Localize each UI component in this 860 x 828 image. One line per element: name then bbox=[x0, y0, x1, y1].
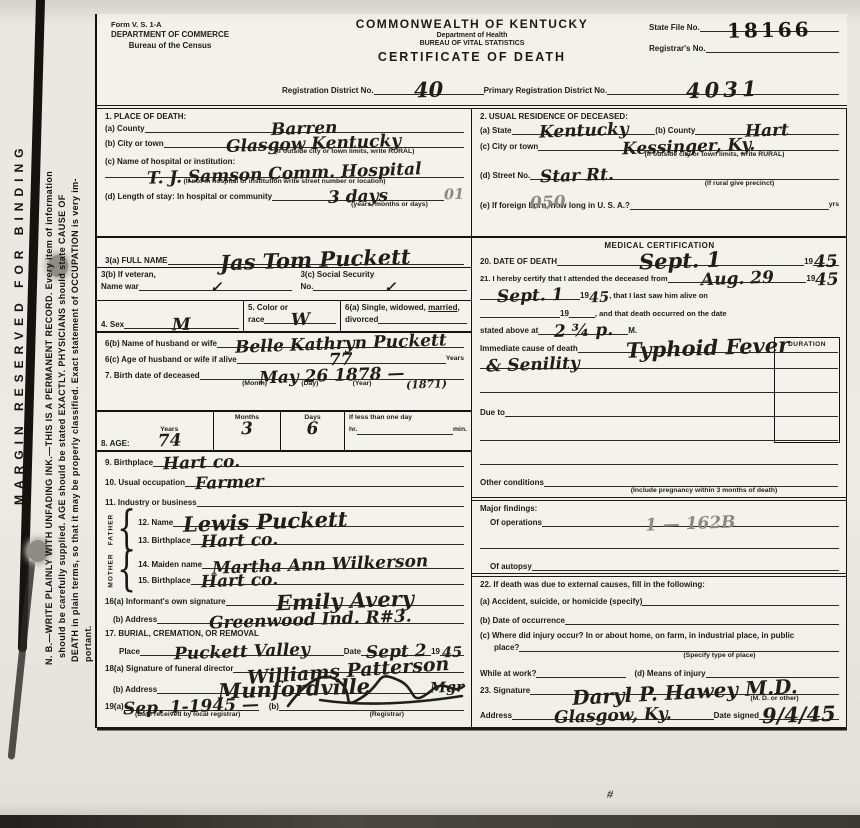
race-value: W bbox=[290, 314, 310, 327]
registrar-sig-caption: (Registrar) bbox=[370, 711, 404, 720]
veteran-checkmark: ✓ bbox=[209, 283, 222, 294]
file-number-block: State File No. 18166 Registrar's No. bbox=[649, 20, 839, 62]
issuing-agency-block: Form V. S. 1-A DEPARTMENT OF COMMERCE Bu… bbox=[111, 20, 229, 52]
form-number: Form V. S. 1-A bbox=[111, 20, 229, 30]
registrar-b-label: (b) bbox=[269, 702, 279, 711]
father-birthplace-label: 13. Birthplace bbox=[138, 536, 190, 545]
margin-note-line1: N. B.—WRITE PLAINLY WITH UNFADING INK.—T… bbox=[44, 171, 54, 665]
street-value: Star Rt. bbox=[540, 169, 614, 184]
funeral-director-block: 18(a) Signature of funeral director Will… bbox=[97, 658, 471, 696]
residence-city-label: (c) City or town bbox=[480, 142, 538, 151]
external-b-label: (b) Date of occurrence bbox=[480, 616, 565, 625]
operations-label: Of operations bbox=[490, 518, 542, 527]
full-name-value: Jas Tom Puckett bbox=[220, 249, 411, 271]
physician-block: 23. Signature Daryl P. Hawey M.D. (M. D.… bbox=[472, 680, 846, 726]
city-value: Glasgow Kentucky bbox=[226, 135, 401, 154]
registrar-no-blank bbox=[706, 41, 839, 53]
ssn-checkmark: ✓ bbox=[384, 283, 397, 294]
burial-place-label: Place bbox=[119, 647, 140, 656]
left-column: 1. PLACE OF DEATH: (a) County Barren (b)… bbox=[97, 109, 472, 727]
immediate-cause-label: Immediate cause of death bbox=[480, 344, 578, 353]
certificate-form: Form V. S. 1-A DEPARTMENT OF COMMERCE Bu… bbox=[95, 14, 847, 728]
burial-block: 17. BURIAL, CREMATION, OR REMOVAL Place … bbox=[97, 626, 471, 658]
father-name-label: 12. Name bbox=[138, 518, 173, 527]
director-addr-label: (b) Address bbox=[113, 685, 157, 694]
spouse-age-unit: Years bbox=[446, 355, 464, 364]
autopsy-label: Of autopsy bbox=[490, 562, 532, 571]
age-hr-blank bbox=[357, 423, 453, 435]
registration-district-row: Registration District No. 40 Primary Reg… bbox=[282, 82, 839, 95]
age-less-label: If less than one day bbox=[349, 414, 467, 423]
dod-year-value: 45 bbox=[814, 256, 838, 270]
means-of-injury-label: (d) Means of injury bbox=[634, 669, 705, 678]
foreign-born-unit: yrs bbox=[829, 201, 839, 210]
age-years-value: 74 bbox=[129, 434, 209, 450]
due-to-label: Due to bbox=[480, 408, 505, 417]
occupation-value: Farmer bbox=[195, 476, 264, 491]
certificate-title: CERTIFICATE OF DEATH bbox=[302, 50, 642, 64]
county-label: (a) County bbox=[105, 124, 145, 133]
industry-blank bbox=[197, 495, 464, 507]
operations-value: 1 — 162B bbox=[645, 516, 736, 532]
margin-binding-note: MARGIN RESERVED FOR BINDING bbox=[12, 143, 26, 505]
mother-birthplace-label: 15. Birthplace bbox=[138, 576, 190, 585]
external-c-blank bbox=[519, 640, 839, 652]
due-blank-line1 bbox=[480, 429, 838, 441]
registrar-no-label: Registrar's No. bbox=[649, 44, 706, 53]
age-row: 8. AGE: Years 74 Months 3 Days 6 If less… bbox=[97, 412, 471, 452]
sex-value: M bbox=[172, 319, 191, 332]
street-label: (d) Street No. bbox=[480, 171, 530, 180]
registrar-signature-line bbox=[279, 699, 464, 711]
dod-year-prefix: 19 bbox=[804, 257, 813, 266]
age-days-value: 6 bbox=[285, 422, 340, 437]
other-conditions-blank bbox=[544, 475, 838, 487]
primary-district-label: Primary Registration District No. bbox=[484, 86, 608, 95]
spouse-label: 6(b) Name of husband or wife bbox=[105, 339, 217, 348]
stay-value: 3 days bbox=[328, 190, 389, 205]
due-blank-line2 bbox=[480, 453, 838, 465]
residence-city-value: Kessinger, Ky. bbox=[622, 139, 756, 156]
primary-district-number: 4031 bbox=[686, 81, 761, 99]
residence-county-label: (b) County bbox=[655, 126, 695, 135]
race-label2: race bbox=[248, 315, 264, 324]
ssn-label2: No. bbox=[300, 282, 313, 291]
reg-district-number: 40 bbox=[414, 81, 444, 98]
bureau-vital-label: BUREAU OF VITAL STATISTICS bbox=[302, 40, 642, 48]
scan-bottom-shadow bbox=[0, 815, 860, 828]
spouse-age-label: 6(c) Age of husband or wife if alive bbox=[105, 355, 237, 364]
birthplace-occupation-block: 9. Birthplace Hart co. 10. Usual occupat… bbox=[97, 452, 471, 509]
spouse-birthdate-block: 6(b) Name of husband or wife Belle Kathr… bbox=[97, 333, 471, 412]
cause-blank-line bbox=[480, 381, 838, 393]
dept-health-label: Department of Health bbox=[302, 32, 642, 40]
marital-blank bbox=[378, 312, 467, 324]
other-conditions-caption: (Include pregnancy within 3 months of de… bbox=[570, 487, 838, 496]
title-block: COMMONWEALTH OF KENTUCKY Department of H… bbox=[302, 18, 642, 64]
burial-heading: 17. BURIAL, CREMATION, OR REMOVAL bbox=[105, 629, 464, 638]
physician-addr-label: Address bbox=[480, 711, 512, 720]
immediate-cause-value: Typhoid Fever bbox=[626, 337, 790, 358]
age-months-value: 3 bbox=[218, 422, 276, 437]
margin-note-line4: portant. bbox=[83, 625, 93, 662]
state-file-number: 18166 bbox=[727, 24, 812, 35]
physician-sig-label: 23. Signature bbox=[480, 686, 530, 695]
external-b-blank bbox=[565, 613, 839, 625]
stay-label: (d) Length of stay: In hospital or commu… bbox=[105, 192, 272, 201]
informant-sig-label: 16(a) Informant's own signature bbox=[105, 597, 226, 606]
marital-label2: divorced bbox=[345, 315, 378, 324]
informant-addr-label: (b) Address bbox=[113, 615, 157, 624]
street-pencil-note: 050 bbox=[530, 196, 566, 210]
mother-name-label: 14. Maiden name bbox=[138, 560, 202, 569]
form-header: Form V. S. 1-A DEPARTMENT OF COMMERCE Bu… bbox=[97, 14, 847, 105]
immediate-cause-value2: & Senility bbox=[486, 357, 580, 373]
margin-note-line2: should be carefully supplied. AGE should… bbox=[57, 194, 67, 658]
birth-date-label: 7. Birth date of deceased bbox=[105, 371, 200, 380]
mother-birthplace-value: Hart co. bbox=[200, 573, 278, 588]
department-label: DEPARTMENT OF COMMERCE bbox=[111, 30, 229, 41]
external-c-label2: place? bbox=[494, 643, 519, 652]
parents-block: FATHER { 12. Name Lewis Puckett 13. Birt… bbox=[97, 509, 471, 590]
due-to-blank bbox=[505, 405, 838, 417]
section-residence: 2. USUAL RESIDENCE OF DECEASED: (a) Stat… bbox=[472, 109, 846, 238]
sex-label: 4. Sex bbox=[101, 320, 124, 329]
occupation-label: 10. Usual occupation bbox=[105, 478, 185, 487]
certify-text-1: 21. I hereby certify that I attended the… bbox=[480, 274, 668, 283]
director-label: 18(a) Signature of funeral director bbox=[105, 664, 233, 673]
mother-side-label: MOTHER bbox=[108, 553, 115, 587]
attended-to-value: Sept. 1 bbox=[497, 289, 564, 304]
birth-year-correction: (1871) bbox=[406, 380, 447, 390]
certify-text-3: , and that death occurred on the date bbox=[595, 309, 727, 318]
foreign-born-blank bbox=[630, 198, 829, 210]
external-heading: 22. If death was due to external causes,… bbox=[480, 580, 839, 589]
certify-text-2: , that I last saw him alive on bbox=[609, 291, 708, 300]
mother-block: MOTHER { 14. Maiden name Martha Ann Wilk… bbox=[105, 553, 464, 588]
certify-3-prefix: 19 bbox=[560, 309, 569, 318]
right-column: 2. USUAL RESIDENCE OF DECEASED: (a) Stat… bbox=[472, 109, 847, 727]
full-name-label: 3(a) FULL NAME bbox=[105, 256, 168, 265]
external-a-label: (a) Accident, suicide, or homicide (spec… bbox=[480, 597, 642, 606]
birthplace-label: 9. Birthplace bbox=[105, 458, 153, 467]
m-label: M. bbox=[628, 326, 637, 335]
other-conditions-label: Other conditions bbox=[480, 478, 544, 487]
registrar-date-received: Sep. 1-1945 — bbox=[123, 698, 259, 715]
city-label: (b) City or town bbox=[105, 139, 164, 148]
age-min-label: min. bbox=[453, 426, 467, 435]
bureau-label: Bureau of the Census bbox=[111, 41, 229, 52]
external-c-label: (c) Where did injury occur? In or about … bbox=[480, 631, 839, 640]
while-at-work-label: While at work? bbox=[480, 669, 536, 678]
date-of-death-label: 20. DATE OF DEATH bbox=[480, 257, 557, 266]
sex-race-marital-row: 4. Sex M 5. Color or race W 6(a) Single,… bbox=[97, 301, 471, 333]
veteran-label2: Name war bbox=[101, 282, 139, 291]
date-signed-label: Date signed bbox=[714, 711, 759, 720]
burial-date-label: Date bbox=[344, 647, 361, 656]
stray-hash-mark: # bbox=[606, 789, 614, 802]
father-side-label: FATHER bbox=[108, 514, 115, 546]
marital-label: 6(a) Single, widowed, married, bbox=[345, 303, 467, 312]
margin-note-line3: DEATH in plain terms, so that it may be … bbox=[70, 178, 80, 662]
age-hr-label: hr. bbox=[349, 426, 357, 435]
director-note: Mgr bbox=[430, 682, 464, 694]
last-seen-blank bbox=[480, 306, 560, 318]
from-year-value: 45 bbox=[815, 274, 839, 288]
external-a-blank bbox=[642, 594, 839, 606]
commonwealth-title: COMMONWEALTH OF KENTUCKY bbox=[302, 18, 642, 32]
father-birthplace-value: Hart co. bbox=[200, 534, 278, 549]
residence-state-value: Kentucky bbox=[538, 124, 628, 140]
reg-district-label: Registration District No. bbox=[282, 86, 374, 95]
birth-date-value: May 26 1878 — bbox=[259, 368, 405, 386]
father-block: FATHER { 12. Name Lewis Puckett 13. Birt… bbox=[105, 512, 464, 547]
residence-state-label: (a) State bbox=[480, 126, 512, 135]
cause-of-death-block: DURATION Immediate cause of death Typhoi… bbox=[472, 337, 846, 498]
last-seen-year-blank bbox=[569, 306, 595, 318]
birthplace-value: Hart co. bbox=[163, 456, 241, 471]
street-caption: (If rural give precinct) bbox=[640, 180, 839, 189]
external-c-caption: (Specify type of place) bbox=[600, 652, 839, 661]
attended-from-value: Aug. 29 bbox=[700, 272, 773, 287]
date-of-death-value: Sept. 1 bbox=[639, 252, 722, 271]
section-place-of-death: 1. PLACE OF DEATH: (a) County Barren (b)… bbox=[97, 109, 471, 238]
informant-block: 16(a) Informant's own signature Emily Av… bbox=[97, 590, 471, 626]
while-at-work-blank bbox=[536, 666, 626, 678]
to-year-value: 45 bbox=[589, 293, 610, 305]
certify-text-4: stated above at bbox=[480, 326, 538, 335]
full-name-row: 3(a) FULL NAME Jas Tom Puckett bbox=[97, 238, 471, 268]
death-certificate-scan: MARGIN RESERVED FOR BINDING N. B.—WRITE … bbox=[0, 0, 860, 828]
to-year-prefix: 19 bbox=[580, 291, 589, 300]
autopsy-blank bbox=[532, 559, 839, 571]
date-signed-value: 9/4/45 bbox=[762, 706, 836, 724]
stay-pencil-note: 01 bbox=[444, 189, 465, 201]
age-label: 8. AGE: bbox=[101, 439, 130, 448]
registrar-item-label: 19(a) bbox=[105, 702, 124, 711]
physician-address: Glasgow, Ky. bbox=[554, 708, 672, 725]
medical-certification-block: MEDICAL CERTIFICATION 20. DATE OF DEATH … bbox=[472, 238, 846, 337]
state-file-label: State File No. bbox=[649, 23, 700, 32]
external-causes-block: 22. If death was due to external causes,… bbox=[472, 577, 846, 680]
major-findings-block: Major findings: Of operations 1 — 162B O… bbox=[472, 501, 846, 573]
registrar-block: 19(a) Sep. 1-1945 — (b) (Date received b… bbox=[97, 696, 471, 728]
major-findings-label: Major findings: bbox=[480, 504, 839, 513]
operations-blank-line bbox=[480, 537, 839, 549]
